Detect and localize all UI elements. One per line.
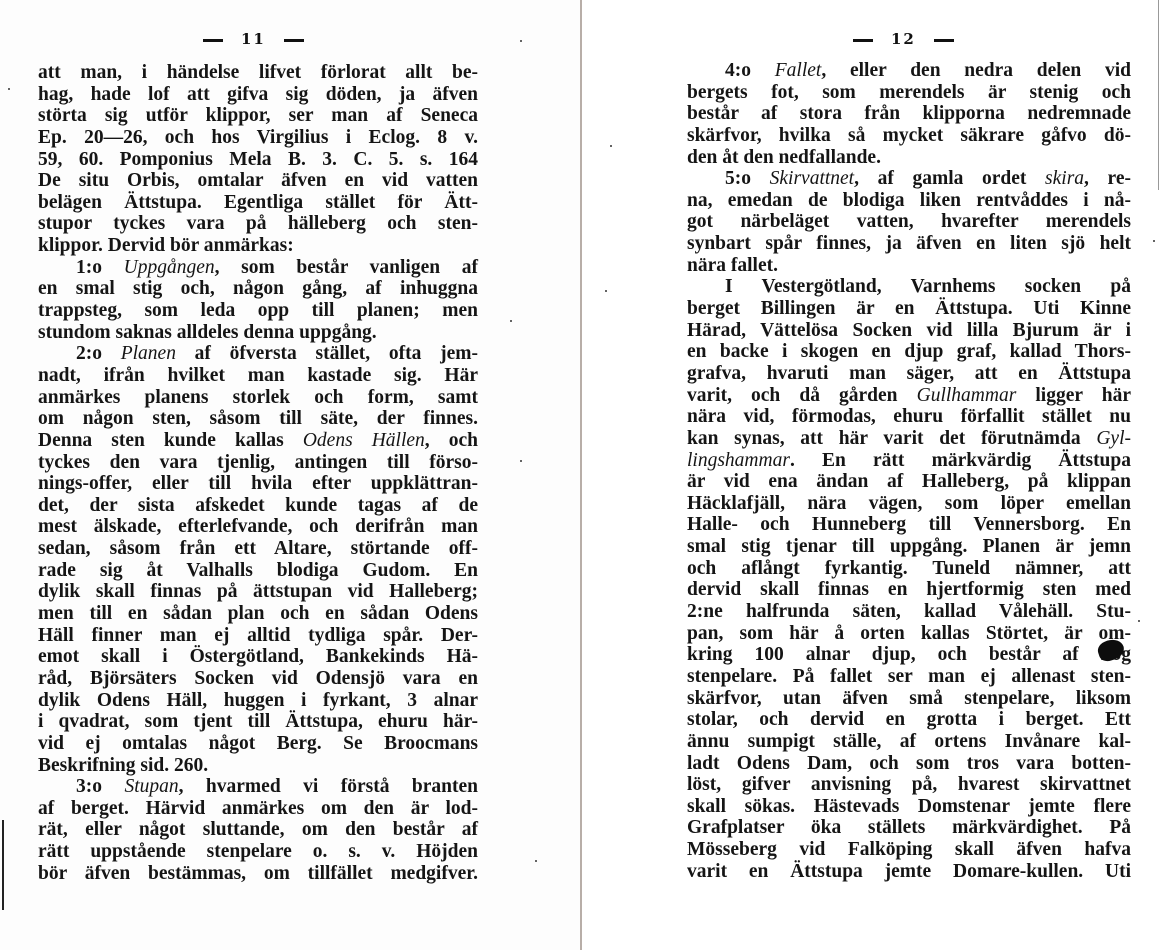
text-line: dylik skall finnas på ättstupan vid Hall… <box>38 581 478 603</box>
text-line: na, emedan de blodiga liken rentvåddes i… <box>687 190 1131 212</box>
text-line: 3:o Stupan, hvarmed vi förstå branten <box>38 776 478 798</box>
text-line: bergets fot, som merendels är stenig och <box>687 82 1131 104</box>
text-line: att man, i händelse lifvet förlorat allt… <box>38 62 478 84</box>
text-line: pan, som här å orten kallas Störtet, är … <box>687 623 1131 645</box>
text-line: anmärkes planens storlek och form, samt <box>38 387 478 409</box>
text-line: tyckes den vara tjenlig, antingen till f… <box>38 452 478 474</box>
text-line: består af stora från klipporna nedremnad… <box>687 103 1131 125</box>
header-dash <box>934 39 954 42</box>
text-line: grafva, hvaruti man säger, att en Ättstu… <box>687 363 1131 385</box>
text-line: Halle- och Hunneberg till Vennersborg. E… <box>687 514 1131 536</box>
text-line: De situ Orbis, omtalar äfven en vid vatt… <box>38 170 478 192</box>
text-line: ännu sumpigt ställe, af ortens Invånare … <box>687 731 1131 753</box>
text-line: Denna sten kunde kallas Odens Hällen, oc… <box>38 430 478 452</box>
text-line: Häll finner man ej alltid tydliga spår. … <box>38 625 478 647</box>
text-line: kan synas, att här varit det förutnämda … <box>687 428 1131 450</box>
text-line: skärfvor, hvilka så mycket säkrare gåfvo… <box>687 125 1131 147</box>
text-line: sedan, såsom från ett Altare, störtande … <box>38 538 478 560</box>
text-line: belägen Ättstupa. Egentliga stället för … <box>38 192 478 214</box>
text-line: hag, hade lof att gifva sig döden, ja äf… <box>38 84 478 106</box>
text-line: dylik Odens Häll, huggen i fyrkant, 3 al… <box>38 690 478 712</box>
text-line: 59, 60. Pomponius Mela B. 3. C. 5. s. 16… <box>38 149 478 171</box>
text-line: bör äfven bestämmas, om tillfället medgi… <box>38 863 478 885</box>
left-page-header: 11 <box>185 30 322 48</box>
text-line: Ep. 20—26, och hos Virgilius i Eclog. 8 … <box>38 127 478 149</box>
text-line: råd, Björsäters Socken vid Odensjö vara … <box>38 668 478 690</box>
text-line: den åt den nedfallande. <box>687 147 1131 169</box>
text-line: 5:o Skirvattnet, af gamla ordet skira, r… <box>687 168 1131 190</box>
text-line: stenpelare. På fallet ser man ej allenas… <box>687 666 1131 688</box>
text-line: mest älskade, efterlefvande, och derifrå… <box>38 516 478 538</box>
left-page-body: att man, i händelse lifvet förlorat allt… <box>38 62 478 884</box>
right-page-header: 12 <box>835 30 972 48</box>
text-line: 4:o Fallet, eller den nedra delen vid <box>687 60 1131 82</box>
text-line: störta sig utför klippor, ser man af Sen… <box>38 105 478 127</box>
text-line: rade sig åt Valhalls blodiga Gudom. En <box>38 560 478 582</box>
text-line: 2:o Planen af öfversta stället, ofta jem… <box>38 343 478 365</box>
text-line: klippor. Dervid bör anmärkas: <box>38 235 478 257</box>
header-dash <box>853 39 873 42</box>
text-line: rätt uppstående stenpelare o. s. v. Höjd… <box>38 841 478 863</box>
text-line: 1:o Uppgången, som består vanligen af <box>38 257 478 279</box>
text-line: af berget. Härvid anmärkes om den är lod… <box>38 798 478 820</box>
scan-speck <box>535 860 537 862</box>
text-line: löst, gifver anvisning på, hvarest skirv… <box>687 774 1131 796</box>
text-line: nära vid, förmodas, ehuru förfallit stäl… <box>687 406 1131 428</box>
scan-edge-mark <box>2 820 4 910</box>
text-line: i qvadrat, som tjent till Ättstupa, ehur… <box>38 711 478 733</box>
text-line: kring 100 alnar djup, och består af hög <box>687 644 1131 666</box>
text-line: emot skall i Östergötland, Bankekinds Hä… <box>38 646 478 668</box>
page-edge <box>1158 0 1159 190</box>
text-line: berget Billingen är en Ättstupa. Uti Kin… <box>687 298 1131 320</box>
text-line: dervid skall finnas en hjertformig sten … <box>687 579 1131 601</box>
text-line: Mösseberg vid Falköping skall äfven hafv… <box>687 839 1131 861</box>
scan-speck <box>8 88 10 90</box>
right-page-body: 4:o Fallet, eller den nedra delen vid be… <box>687 60 1131 882</box>
text-line: Häcklafjäll, nära vägen, som löper emell… <box>687 493 1131 515</box>
text-line: vid ej omtalas något Berg. Se Broocmans <box>38 733 478 755</box>
text-line: skärfvor, utan äfven små stenpelare, lik… <box>687 688 1131 710</box>
text-line: en smal stig och, någon gång, af inhuggn… <box>38 278 478 300</box>
left-page: 11 att man, i händelse lifvet förlorat a… <box>0 0 581 950</box>
text-line: lingshammar. En rätt märkvärdig Ättstupa <box>687 450 1131 472</box>
text-line: trappsteg, som leda opp till planen; men <box>38 300 478 322</box>
text-line: nära fallet. <box>687 255 1131 277</box>
text-line: rät, eller något sluttande, om den bestå… <box>38 819 478 841</box>
text-line: ladt Odens Dam, och som tros vara botten… <box>687 753 1131 775</box>
scan-speck <box>520 40 522 42</box>
text-line: stupor tyckes vara på hälleberg och sten… <box>38 213 478 235</box>
text-line: 2:ne halfrunda säten, kallad Vålehäll. S… <box>687 601 1131 623</box>
text-line: en backe i skogen en djup graf, kallad T… <box>687 341 1131 363</box>
text-line: Härad, Vättelösa Socken vid lilla Bjurum… <box>687 320 1131 342</box>
book-spread: 11 att man, i händelse lifvet förlorat a… <box>0 0 1163 950</box>
page-gutter <box>580 0 582 950</box>
left-page-number: 11 <box>241 30 266 48</box>
text-line: smal stig tjenar till uppgång. Planen är… <box>687 536 1131 558</box>
header-dash <box>203 39 223 42</box>
text-line: och aflångt fyrkantig. Tuneld nämner, at… <box>687 558 1131 580</box>
text-line: stolar, och dervid en grotta i berget. E… <box>687 709 1131 731</box>
text-line: varit, och då gården Gullhammar ligger h… <box>687 385 1131 407</box>
text-line: varit en Ättstupa jemte Domare-kullen. U… <box>687 861 1131 883</box>
scan-speck <box>1138 620 1140 622</box>
text-line: men till en sådan plan och en sådan Oden… <box>38 603 478 625</box>
text-line: synbart spår finnes, ja äfven en liten s… <box>687 233 1131 255</box>
text-line: det, der sista afskedet kunde tagas af d… <box>38 495 478 517</box>
scan-speck <box>605 290 607 292</box>
text-line: Grafplatser öka ställets märkvärdighet. … <box>687 817 1131 839</box>
header-dash <box>284 39 304 42</box>
text-line: I Vestergötland, Varnhems socken på <box>687 276 1131 298</box>
text-line: stundom saknas alldeles denna uppgång. <box>38 322 478 344</box>
scan-speck <box>510 320 512 322</box>
scan-speck <box>520 460 522 462</box>
text-line: got närbeläget vatten, hvarefter merende… <box>687 211 1131 233</box>
text-line: är vid ena ändan af Halleberg, på klippa… <box>687 471 1131 493</box>
right-page: 12 4:o Fallet, eller den nedra delen vid… <box>583 0 1163 950</box>
text-line: Beskrifning sid. 260. <box>38 755 478 777</box>
text-line: nings-offer, eller till hvila efter uppk… <box>38 473 478 495</box>
text-line: skall sökas. Hästevads Domstenar jemte f… <box>687 796 1131 818</box>
scan-speck <box>1153 240 1155 242</box>
text-line: nadt, ifrån hvilket man kastade sig. Här <box>38 365 478 387</box>
text-line: om någon sten, såsom till säte, der finn… <box>38 408 478 430</box>
scan-speck <box>610 145 612 147</box>
right-page-number: 12 <box>891 30 916 48</box>
